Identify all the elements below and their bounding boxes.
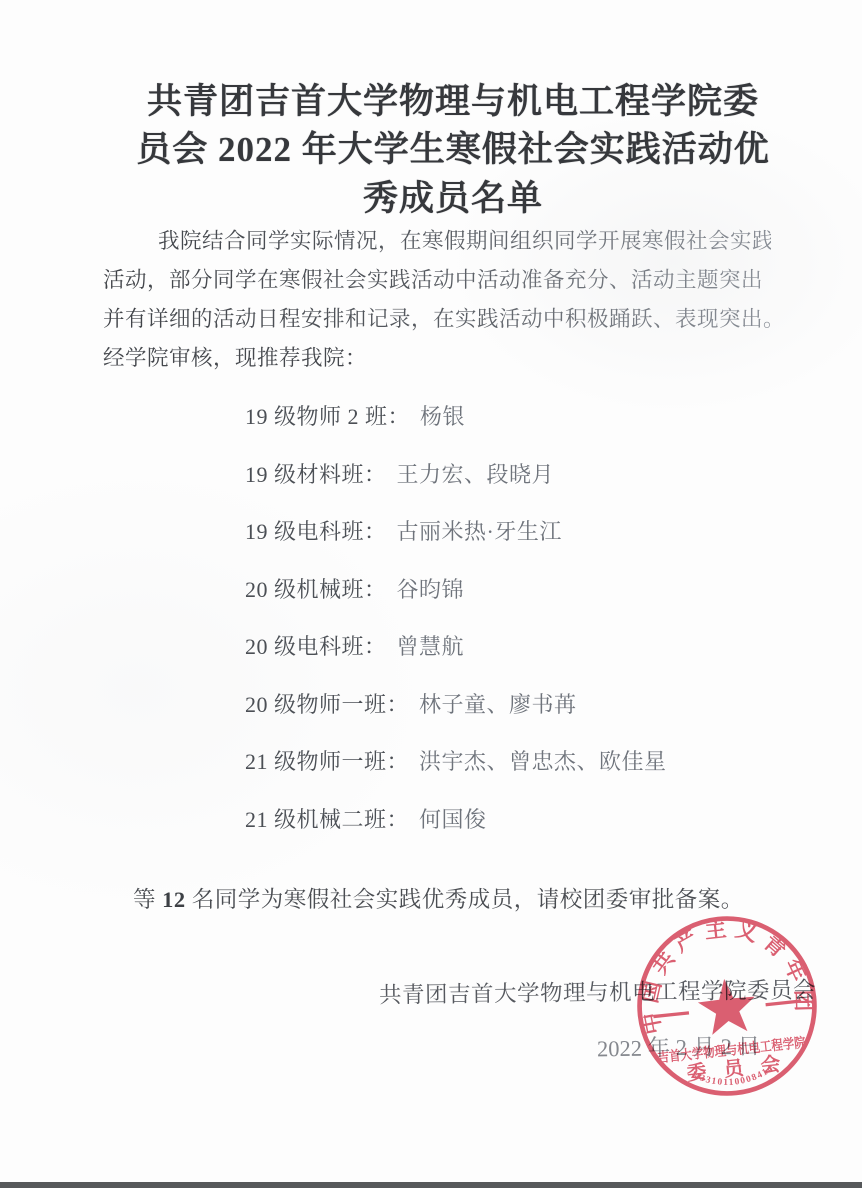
official-red-seal: 中国共产主义青年团 吉首大学物理与机电工程学院 委员会 433101100084…: [624, 903, 831, 1110]
closing-prefix: 等: [133, 887, 162, 912]
student-names: 曾慧航: [397, 634, 465, 659]
student-names: 林子童、廖书苒: [419, 692, 577, 717]
document-title: 共青团吉首大学物理与机电工程学院委 员会 2022 年大学生寒假社会实践活动优 …: [122, 78, 784, 223]
student-roster: 19 级物师 2 班：杨银 19 级材料班：王力宏、段晓月 19 级电科班：古丽…: [245, 400, 667, 860]
class-label: 19 级电科班：: [245, 519, 387, 544]
paragraph-line: 活动，部分同学在寒假社会实践活动中活动准备充分、活动主题突出: [103, 261, 771, 300]
scanned-document-page: 共青团吉首大学物理与机电工程学院委 员会 2022 年大学生寒假社会实践活动优 …: [0, 0, 862, 1188]
roster-item: 20 级电科班：曾慧航: [245, 630, 667, 654]
class-label: 21 级物师一班：: [245, 749, 409, 774]
body-paragraph: 我院结合同学实际情况，在寒假期间组织同学开展寒假社会实践 活动，部分同学在寒假社…: [103, 222, 771, 378]
title-line-1: 共青团吉首大学物理与机电工程学院委: [122, 78, 784, 126]
closing-statement: 等 12 名同学为寒假社会实践优秀成员，请校团委审批备案。: [133, 882, 744, 914]
student-names: 何国俊: [419, 807, 487, 832]
roster-item: 20 级机械班：谷昀锦: [245, 573, 667, 597]
class-label: 21 级机械二班：: [245, 807, 409, 832]
roster-item: 19 级电科班：古丽米热·牙生江: [245, 515, 667, 539]
roster-item: 19 级材料班：王力宏、段晓月: [245, 458, 667, 482]
member-count: 12: [162, 887, 186, 912]
paragraph-line: 经学院审核，现推荐我院：: [103, 339, 771, 378]
paragraph-line: 我院结合同学实际情况，在寒假期间组织同学开展寒假社会实践: [103, 222, 771, 261]
class-label: 19 级材料班：: [245, 462, 387, 487]
paragraph-line: 并有详细的活动日程安排和记录，在实践活动中积极踊跃、表现突出。: [103, 300, 771, 339]
title-line-2: 员会 2022 年大学生寒假社会实践活动优: [122, 126, 784, 174]
class-label: 20 级机械班：: [245, 577, 387, 602]
closing-suffix: 名同学为寒假社会实践优秀成员，请校团委审批备案。: [186, 887, 744, 912]
student-names: 洪宇杰、曾忠杰、欧佳星: [419, 749, 667, 774]
class-label: 20 级物师一班：: [245, 692, 409, 717]
roster-item: 19 级物师 2 班：杨银: [245, 400, 667, 424]
class-label: 20 级电科班：: [245, 634, 387, 659]
class-label: 19 级物师 2 班：: [245, 404, 410, 429]
scan-edge-bar: [0, 1182, 862, 1188]
roster-item: 20 级物师一班：林子童、廖书苒: [245, 688, 667, 712]
student-names: 古丽米热·牙生江: [397, 519, 562, 544]
seal-graphic: 中国共产主义青年团 吉首大学物理与机电工程学院 委员会 433101100084…: [624, 903, 831, 1110]
seal-star-icon: [696, 976, 759, 1036]
roster-item: 21 级物师一班：洪宇杰、曾忠杰、欧佳星: [245, 745, 667, 769]
student-names: 谷昀锦: [397, 577, 465, 602]
student-names: 王力宏、段晓月: [397, 462, 555, 487]
title-line-3: 秀成员名单: [122, 175, 784, 223]
student-names: 杨银: [420, 404, 465, 429]
roster-item: 21 级机械二班：何国俊: [245, 803, 667, 827]
